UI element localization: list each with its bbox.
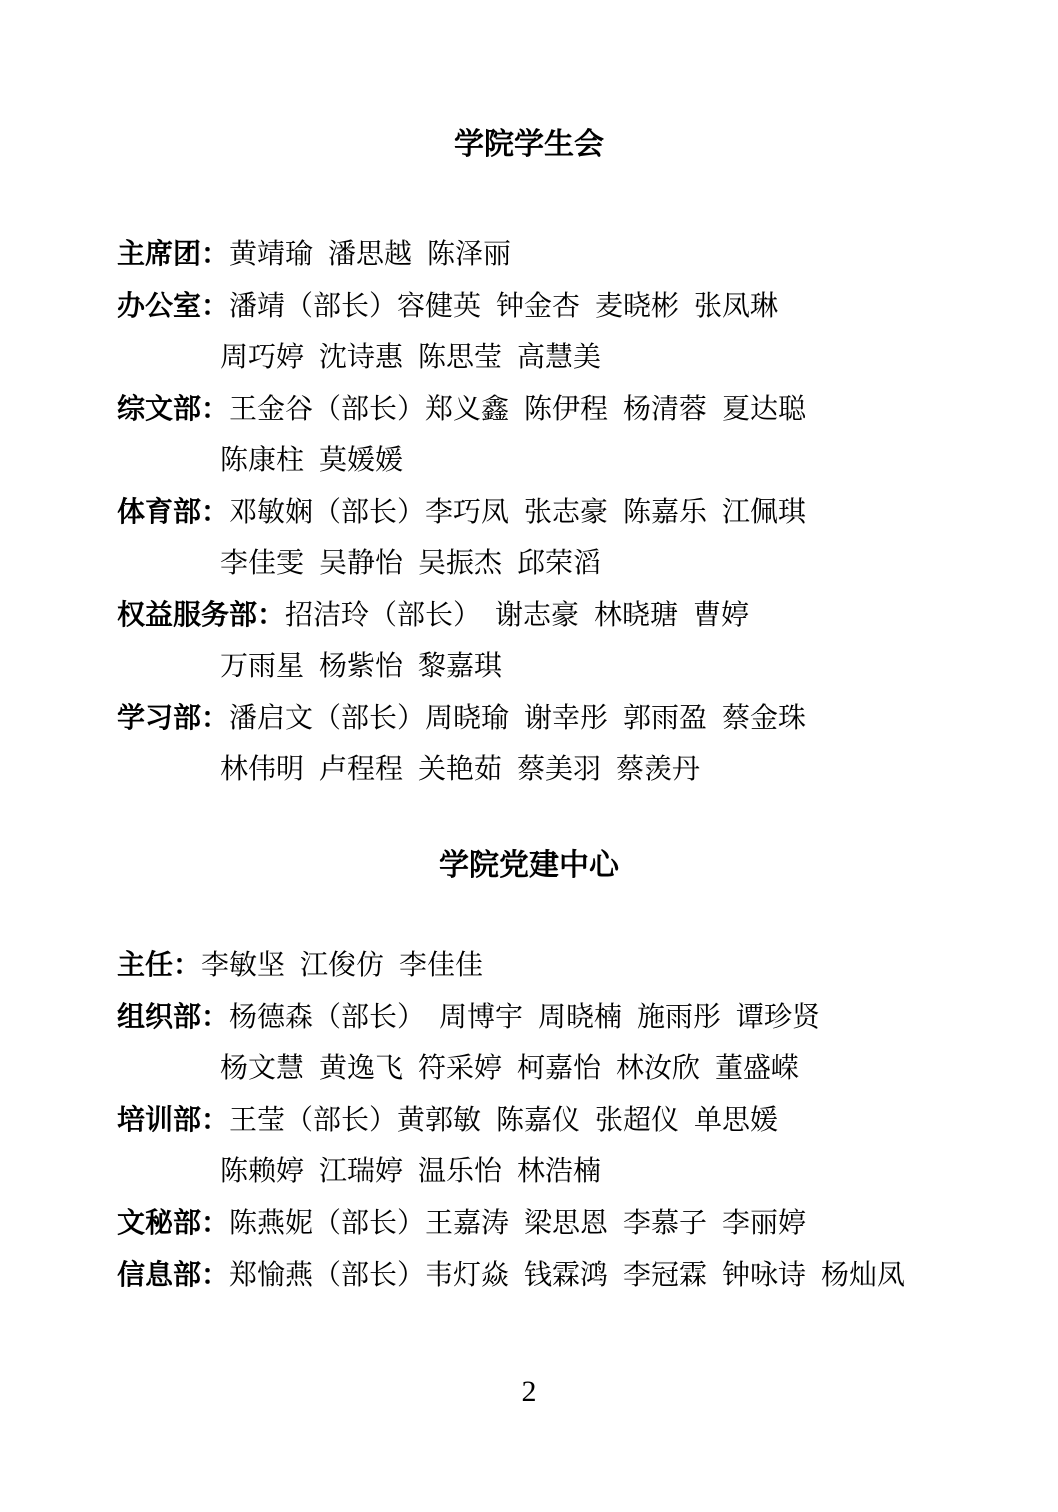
roster-line-continuation: 陈康柱 莫媛媛 (117, 435, 941, 486)
member-names: 李敏坚 江俊仿 李佳佳 (201, 950, 483, 981)
roster-line-continuation: 陈赖婷 江瑞婷 温乐怡 林浩楠 (117, 1146, 941, 1197)
member-names: 王莹（部长）黄郭敏 陈嘉仪 张超仪 单思媛 (229, 1105, 778, 1136)
member-names: 杨德森（部长） 周博宇 周晓楠 施雨彤 谭珍贤 (229, 1002, 820, 1033)
member-names: 周巧婷 沈诗惠 陈思莹 高慧美 (220, 342, 601, 373)
dept-label: 综文部： (117, 393, 229, 424)
roster-line: 信息部：郑愉燕（部长）韦灯焱 钱霖鸿 李冠霖 钟咏诗 杨灿凤 (117, 1249, 941, 1301)
member-names: 王金谷（部长）郑义鑫 陈伊程 杨清蓉 夏达聪 (229, 394, 806, 425)
roster-line: 权益服务部：招洁玲（部长） 谢志豪 林晓瑭 曹婷 (117, 589, 941, 641)
member-names: 李佳雯 吴静怡 吴振杰 邱荣滔 (220, 548, 601, 579)
roster-line-continuation: 林伟明 卢程程 关艳茹 蔡美羽 蔡羡丹 (117, 744, 941, 795)
member-names: 杨文慧 黄逸飞 符采婷 柯嘉怡 林汝欣 董盛嵘 (220, 1053, 799, 1084)
member-names: 黄靖瑜 潘思越 陈泽丽 (229, 239, 511, 270)
roster-line: 主席团：黄靖瑜 潘思越 陈泽丽 (117, 228, 941, 280)
dept-label: 文秘部： (117, 1207, 229, 1238)
dept-label: 权益服务部： (117, 599, 285, 630)
roster-line-continuation: 周巧婷 沈诗惠 陈思莹 高慧美 (117, 332, 941, 383)
dept-label: 体育部： (117, 496, 229, 527)
dept-label: 组织部： (117, 1001, 229, 1032)
roster-line-continuation: 李佳雯 吴静怡 吴振杰 邱荣滔 (117, 538, 941, 589)
member-names: 万雨星 杨紫怡 黎嘉琪 (220, 651, 502, 682)
dept-label: 主席团： (117, 238, 229, 269)
member-names: 林伟明 卢程程 关艳茹 蔡美羽 蔡羡丹 (220, 754, 700, 785)
party-building-roster: 主任：李敏坚 江俊仿 李佳佳 组织部：杨德森（部长） 周博宇 周晓楠 施雨彤 谭… (117, 939, 941, 1301)
document-page: 学院学生会 主席团：黄靖瑜 潘思越 陈泽丽 办公室：潘靖（部长）容健英 钟金杏 … (0, 0, 1058, 1512)
roster-line: 组织部：杨德森（部长） 周博宇 周晓楠 施雨彤 谭珍贤 (117, 991, 941, 1043)
roster-line: 学习部：潘启文（部长）周晓瑜 谢幸彤 郭雨盈 蔡金珠 (117, 692, 941, 744)
roster-line: 体育部：邓敏娴（部长）李巧凤 张志豪 陈嘉乐 江佩琪 (117, 486, 941, 538)
page-number: 2 (0, 1377, 1058, 1407)
member-names: 邓敏娴（部长）李巧凤 张志豪 陈嘉乐 江佩琪 (229, 497, 806, 528)
roster-line-continuation: 万雨星 杨紫怡 黎嘉琪 (117, 641, 941, 692)
student-union-roster: 主席团：黄靖瑜 潘思越 陈泽丽 办公室：潘靖（部长）容健英 钟金杏 麦晓彬 张凤… (117, 228, 941, 795)
dept-label: 培训部： (117, 1104, 229, 1135)
member-names: 招洁玲（部长） 谢志豪 林晓瑭 曹婷 (285, 600, 749, 631)
dept-label: 主任： (117, 949, 201, 980)
dept-label: 办公室： (117, 290, 229, 321)
member-names: 潘靖（部长）容健英 钟金杏 麦晓彬 张凤琳 (229, 291, 778, 322)
roster-line: 培训部：王莹（部长）黄郭敏 陈嘉仪 张超仪 单思媛 (117, 1094, 941, 1146)
dept-label: 学习部： (117, 702, 229, 733)
roster-line-continuation: 杨文慧 黄逸飞 符采婷 柯嘉怡 林汝欣 董盛嵘 (117, 1043, 941, 1094)
member-names: 潘启文（部长）周晓瑜 谢幸彤 郭雨盈 蔡金珠 (229, 703, 806, 734)
roster-line: 综文部：王金谷（部长）郑义鑫 陈伊程 杨清蓉 夏达聪 (117, 383, 941, 435)
section-title-student-union: 学院学生会 (117, 130, 941, 160)
roster-line: 文秘部：陈燕妮（部长）王嘉涛 梁思恩 李慕子 李丽婷 (117, 1197, 941, 1249)
dept-label: 信息部： (117, 1259, 229, 1290)
member-names: 郑愉燕（部长）韦灯焱 钱霖鸿 李冠霖 钟咏诗 杨灿凤 (229, 1260, 905, 1291)
roster-line: 办公室：潘靖（部长）容健英 钟金杏 麦晓彬 张凤琳 (117, 280, 941, 332)
member-names: 陈康柱 莫媛媛 (220, 445, 403, 476)
roster-line: 主任：李敏坚 江俊仿 李佳佳 (117, 939, 941, 991)
section-title-party-building-center: 学院党建中心 (117, 851, 941, 881)
member-names: 陈燕妮（部长）王嘉涛 梁思恩 李慕子 李丽婷 (229, 1208, 806, 1239)
member-names: 陈赖婷 江瑞婷 温乐怡 林浩楠 (220, 1156, 601, 1187)
